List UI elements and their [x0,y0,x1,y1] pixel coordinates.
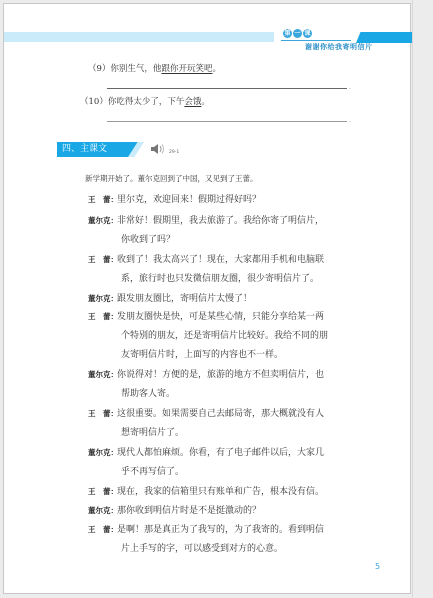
lesson-badge-char: 一 [293,29,302,38]
dialogue-line: 王 蕾：收到了！我太高兴了！现在，大家都用手机和电脑联 [88,252,324,265]
intro-text: 新学期开始了。董尔克回到了中国，又见到了王蕾。 [85,173,258,184]
lesson-title: 谢谢你给我寄明信片 [305,42,373,52]
exercise-punct: 。 [201,97,210,107]
dialogue-line: 王 蕾：是啊！那是真正为了我写的，为了我寄的。看到明信 [88,522,324,535]
lesson-badge-char: 课 [303,29,312,38]
speaker-name: 王 蕾： [88,254,117,265]
dialogue-text: 个特别的朋友，还是寄明信片比较好。我给不同的朋 [121,328,328,341]
dialogue-line: 王 蕾：这很重要。如果需要自己去邮局寄，那大概就没有人 [88,406,324,419]
scrollbar-gutter[interactable] [412,0,433,598]
dialogue-line: 董尔克：你说得对！方便的是，旅游的地方不但卖明信片，也 [88,367,324,380]
exercise-item-9: （9）你别生气，他跟你开玩笑吧。 [88,62,221,74]
exercise-text: 你吃得太少了，下午 [108,97,185,107]
header-tab [356,32,412,43]
dialogue-text: 现代人都怕麻烦。你看，有了电子邮件以后，大家几 [117,448,324,458]
lesson-badge-char: 第 [283,29,292,38]
speaker-name: 董尔克： [88,447,117,458]
dialogue-line: 董尔克：那你收到明信片时是不是挺激动的？ [88,503,261,516]
speaker-name: 王 蕾： [88,408,117,419]
exercise-underlined: 跟你开玩笑吧 [161,64,212,74]
dialogue-text: 现在，我家的信箱里只有账单和广告，根本没有信。 [117,487,324,497]
dialogue-line: 董尔克：跟发朋友圈比，寄明信片太慢了！ [88,291,252,304]
dialogue-text: 你收到了吗？ [121,232,175,245]
dialogue-text: 里尔克，欢迎回来！假期过得好吗？ [117,195,261,205]
page-number: 5 [375,562,380,571]
dialogue-text: 跟发朋友圈比，寄明信片太慢了！ [117,294,252,304]
exercise-text: 你别生气，他 [110,64,161,74]
dialogue-text: 系，旅行时也只发微信朋友圈，很少寄明信片了。 [121,271,319,284]
dialogue-line: 董尔克：现代人都怕麻烦。你看，有了电子邮件以后，大家几 [88,445,324,458]
dialogue-line: 王 蕾：里尔克，欢迎回来！假期过得好吗？ [88,192,261,205]
speaker-name: 董尔克： [88,293,117,304]
answer-line-9[interactable] [107,88,347,89]
exercise-punct: 。 [212,64,221,74]
dialogue-text: 是啊！那是真正为了我写的，为了我寄的。看到明信 [117,525,324,535]
dialogue-line: 王 蕾：现在，我家的信箱里只有账单和广告，根本没有信。 [88,484,324,497]
dialogue-text: 乎不再写信了。 [121,464,184,477]
speaker-name: 王 蕾： [88,311,117,322]
audio-track-label: 29-1 [169,150,179,155]
lesson-badge: 第 一 课 [283,29,312,38]
exercise-number: （10） [80,97,108,107]
speaker-name: 王 蕾： [88,524,117,535]
dialogue-text: 你说得对！方便的是，旅游的地方不但卖明信片，也 [117,370,324,380]
line-end-mark: . [349,84,351,91]
dialogue-text: 那你收到明信片时是不是挺激动的？ [117,506,261,516]
speaker-name: 董尔克： [88,505,117,516]
exercise-number: （9） [88,64,110,74]
speaker-name: 董尔克： [88,215,117,226]
section-header: 四、主课文 [57,142,139,157]
dialogue-text: 友寄明信片时，上面写的内容也不一样。 [121,347,283,360]
speaker-name: 董尔克： [88,369,117,380]
dialogue-text: 片上手写的字，可以感受到对方的心意。 [121,541,283,554]
dialogue-text: 帮助客人寄。 [121,386,175,399]
dialogue-line: 董尔克：非常好！假期里，我去旅游了。我给你寄了明信片， [88,213,324,226]
dialogue-text: 发朋友圈快是快，可是某些心情，只能分享给某一两 [117,312,324,322]
dialogue-line: 王 蕾：发朋友圈快是快，可是某些心情，只能分享给某一两 [88,309,324,322]
exercise-item-10: （10）你吃得太少了，下午会饿。 [80,95,210,107]
dialogue-text: 收到了！我太高兴了！现在，大家都用手机和电脑联 [117,255,324,265]
header-rule [281,40,351,41]
speaker-icon[interactable] [150,143,166,155]
header-band [4,32,274,42]
dialogue-text: 这很重要。如果需要自己去邮局寄，那大概就没有人 [117,409,324,419]
speaker-name: 王 蕾： [88,194,117,205]
answer-line-10[interactable] [107,121,347,122]
dialogue-text: 非常好！假期里，我去旅游了。我给你寄了明信片， [117,216,324,226]
speaker-name: 王 蕾： [88,486,117,497]
line-end-mark: . [349,117,351,124]
exercise-underlined: 会饿 [184,97,201,107]
dialogue-text: 想寄明信片了。 [121,425,184,438]
